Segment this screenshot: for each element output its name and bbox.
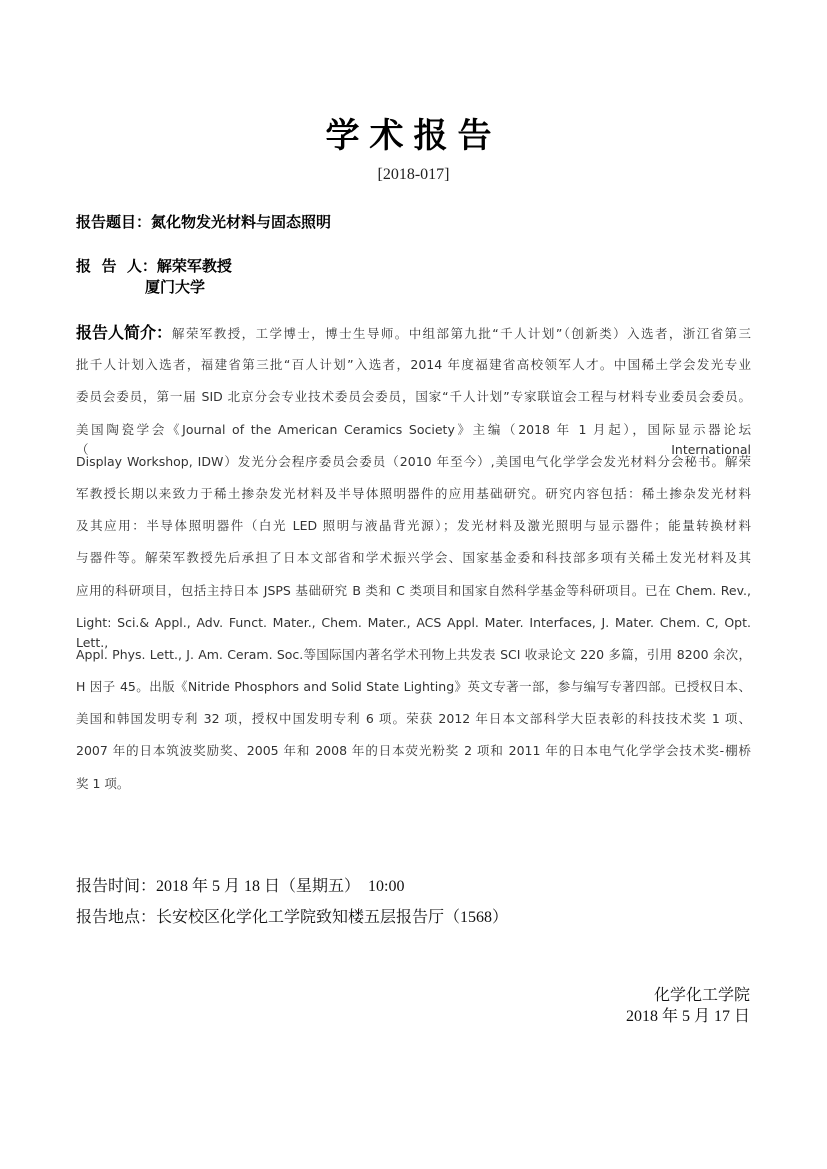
- bio-line: 及其应用：半导体照明器件（白光 LED 照明与液晶背光源）；发光材料及激光照明与…: [76, 516, 751, 548]
- report-time-label: 报告时间：: [76, 878, 156, 895]
- bio-line: 军教授长期以来致力于稀土掺杂发光材料及半导体照明器件的应用基础研究。研究内容包括…: [76, 484, 751, 516]
- bio-line: Display Workshop, IDW）发光分会程序委员会委员（2010 年…: [76, 452, 751, 484]
- bio-line: Light: Sci.& Appl., Adv. Funct. Mater., …: [76, 613, 751, 645]
- speaker-name: 解荣军教授: [157, 257, 232, 275]
- report-topic-label: 报告题目：: [76, 211, 151, 232]
- bio-line: 2007 年的日本筑波奖励奖、2005 年和 2008 年的日本荧光粉奖 2 项…: [76, 741, 751, 773]
- bio-line: 美国陶瓷学会《Journal of the American Ceramics …: [76, 420, 751, 452]
- report-place-label: 报告地点：: [76, 909, 156, 926]
- document-page: 学术报告 [2018-017] 报告题目：氮化物发光材料与固态照明 报 告 人：…: [0, 0, 827, 1169]
- bio-line: 应用的科研项目，包括主持日本 JSPS 基础研究 B 类和 C 类项目和国家自然…: [76, 581, 751, 613]
- speaker: 报 告 人：解荣军教授: [76, 255, 232, 276]
- speaker-label: 报 告 人：: [76, 255, 157, 276]
- issuing-organization: 化学化工学院: [654, 982, 750, 1005]
- bio-line: 奖 1 项。: [76, 774, 751, 806]
- bio-line: 美国和韩国发明专利 32 项，授权中国发明专利 6 项。荣获 2012 年日本文…: [76, 709, 751, 741]
- report-place: 报告地点：长安校区化学化工学院致知楼五层报告厅（1568）: [76, 904, 508, 927]
- document-title: 学术报告: [0, 108, 827, 157]
- report-topic: 报告题目：氮化物发光材料与固态照明: [76, 211, 331, 232]
- report-time: 报告时间：2018 年 5 月 18 日（星期五） 10:00: [76, 873, 404, 896]
- bio-line: 与器件等。解荣军教授先后承担了日本文部省和学术振兴学会、国家基金委和科技部多项有…: [76, 548, 751, 580]
- bio-line: 委员会委员，第一届 SID 北京分会专业技术委员会委员，国家“千人计划”专家联谊…: [76, 387, 751, 419]
- bio-line: Appl. Phys. Lett., J. Am. Ceram. Soc.等国际…: [76, 645, 751, 677]
- bio-line: H 因子 45。出版《Nitride Phosphors and Solid S…: [76, 677, 751, 709]
- speaker-affiliation: 厦门大学: [145, 276, 205, 297]
- report-topic-value: 氮化物发光材料与固态照明: [151, 213, 331, 231]
- issue-date: 2018 年 5 月 17 日: [626, 1003, 750, 1026]
- bio-line: 批千人计划入选者，福建省第三批“百人计划”入选者，2014 年度福建省高校领军人…: [76, 355, 751, 387]
- bio-label: 报告人简介：: [76, 323, 172, 343]
- report-time-value: 2018 年 5 月 18 日（星期五） 10:00: [156, 878, 404, 895]
- speaker-bio: 报告人简介： 解荣军教授，工学博士，博士生导师。中组部第九批“千人计划”（创新类…: [76, 323, 751, 806]
- document-number: [2018-017]: [0, 166, 827, 184]
- bio-line: 报告人简介： 解荣军教授，工学博士，博士生导师。中组部第九批“千人计划”（创新类…: [76, 323, 751, 355]
- report-place-value: 长安校区化学化工学院致知楼五层报告厅（1568）: [156, 909, 508, 926]
